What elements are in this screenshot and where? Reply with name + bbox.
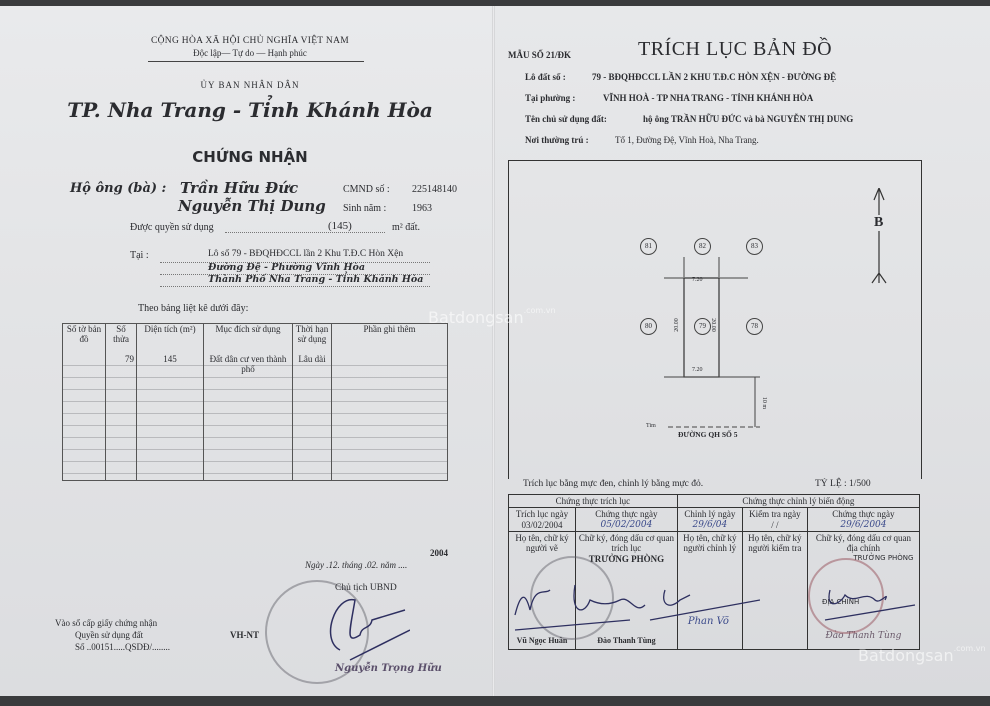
address-line-1: Lô số 79 - BĐQHĐCCL lần 2 Khu T.Đ.C Hòn … (208, 249, 403, 259)
birth-label: Sinh năm : (343, 203, 386, 214)
signer-name: Nguyễn Trọng Hữu (335, 663, 442, 674)
ink-note: Trích lục bằng mực đen, chỉnh lý bằng mự… (523, 479, 703, 489)
adjust-sign-label: Họ tên, chữ ký người chỉnh lý (680, 533, 740, 554)
bottom-width: 7.20 (692, 367, 703, 373)
republic-header: CỘNG HÒA XÃ HỘI CHỦ NGHĨA VIỆT NAM (140, 36, 360, 46)
registry-number: Số ..00151.....QSDĐ/........ (75, 642, 170, 652)
watermark-brand: Batdongsan (858, 646, 954, 665)
id-value: 225148140 (412, 184, 457, 195)
col-header-map-sheet: Số tờ bản đồ (63, 324, 106, 354)
lot-82: 82 (694, 238, 711, 255)
map-extract-title: TRÍCH LỤC BẢN ĐỒ (638, 38, 832, 61)
watermark: Batdongsan.com.vn (858, 646, 986, 665)
scale-label: TỶ LỆ : 1/500 (815, 479, 871, 489)
registry-code: VH-NT (230, 630, 259, 640)
watermark-brand: Batdongsan (428, 308, 524, 327)
owner-name-2: Nguyễn Thị Dung (178, 197, 326, 215)
date-year: 2004 (430, 548, 448, 558)
registry-line-2: Quyền sử dụng đất (75, 630, 143, 640)
road-name: ĐƯỜNG QH SỐ 5 (678, 430, 738, 439)
address-label: Tại : (130, 250, 149, 261)
cell-term: Lâu dài (293, 354, 332, 481)
signature-icon (300, 590, 410, 670)
adjust-date: 29/6/04 (680, 520, 740, 530)
cert-change-header: Chứng thực chỉnh lý biến động (677, 495, 919, 508)
dotted-line (225, 232, 385, 233)
table-row: 79 145 Đất dân cư ven thành phố Lâu dài (63, 354, 448, 481)
parcel-outline (660, 255, 800, 430)
table-intro: Theo bảng liệt kê dưới đây: (138, 303, 248, 314)
land-table: Số tờ bản đồ Số thửa Diện tích (m²) Mục … (62, 323, 448, 481)
owner-name-1: Trần Hữu Đức (180, 179, 298, 197)
right-length: 20.00 (710, 318, 716, 332)
address-line-3: Thành Phố Nha Trang - Tỉnh Khánh Hòa (208, 274, 423, 285)
road-width: 10 m (761, 397, 767, 409)
city-heading: TP. Nha Trang - Tỉnh Khánh Hòa (60, 98, 440, 122)
lot-80: 80 (640, 318, 657, 335)
residence-label: Nơi thường trú : (525, 135, 589, 145)
form-number: MẪU SỐ 21/ĐK (508, 50, 571, 60)
area-unit: m² đất. (392, 222, 420, 233)
owner-label-right: Tên chủ sử dụng đất: (525, 114, 607, 124)
committee-label: ỦY BAN NHÂN DÂN (140, 80, 360, 90)
check-date: / / (745, 520, 805, 530)
north-label: B (874, 215, 883, 231)
watermark-domain: .com.vn (524, 306, 556, 315)
check-date-label: Kiểm tra ngày (745, 509, 805, 519)
land-sign-label: Chữ ký, đóng dấu cơ quan địa chính (810, 533, 917, 554)
cell-notes (332, 354, 448, 481)
cert-date-label: Chứng thực ngày (578, 509, 675, 519)
extract-name: Đào Thanh Tùng (576, 636, 677, 645)
col-header-term: Thời hạn sử dụng (293, 324, 332, 354)
address-line-2: Đường Đệ - Phường Vĩnh Hòa (208, 262, 365, 273)
date-line: Ngày .12. tháng .02. năm .... (305, 560, 407, 570)
cert2-date: 29/6/2004 (810, 520, 917, 530)
birth-value: 1963 (412, 203, 432, 214)
col-header-notes: Phần ghi thêm (332, 324, 448, 354)
certificate-title: CHỨNG NHẬN (140, 148, 360, 166)
extract-sign-label: Chữ ký, đóng dấu cơ quan trích lục (578, 533, 675, 554)
watermark-domain: .com.vn (954, 644, 986, 653)
lot-81: 81 (640, 238, 657, 255)
motto: Độc lập— Tự do — Hạnh phúc (140, 48, 360, 58)
col-header-parcel: Số thửa (106, 324, 137, 354)
land-name: Đào Thanh Tùng (808, 631, 919, 641)
check-sign-label: Họ tên, chữ ký người kiểm tra (745, 533, 805, 554)
lot-83: 83 (746, 238, 763, 255)
cell-purpose: Đất dân cư ven thành phố (204, 354, 293, 481)
lot-value: 79 - BĐQHĐCCL LẦN 2 KHU T.Đ.C HÒN XỆN - … (592, 72, 836, 82)
owner-value-right: hộ ông TRẦN HỮU ĐỨC và bà NGUYỄN THỊ DUN… (643, 114, 853, 124)
signatures-icon (510, 575, 760, 635)
ward-value: VĨNH HOÀ - TP NHA TRANG - TỈNH KHÁNH HÒA (603, 93, 813, 103)
drawer-sign-label: Họ tên, chữ ký người vẽ (511, 533, 573, 554)
land-signature-icon (820, 580, 920, 630)
lot-label: Lô đất số : (525, 72, 566, 82)
divider (148, 61, 364, 62)
watermark: Batdongsan.com.vn (428, 308, 556, 327)
col-header-purpose: Mục đích sử dụng (204, 324, 293, 354)
id-label: CMND số : (343, 184, 390, 195)
owner-label: Hộ ông (bà) : (70, 181, 166, 196)
adjust-date-label: Chỉnh lý ngày (680, 509, 740, 519)
cert2-date-label: Chứng thực ngày (810, 509, 917, 519)
dotted-line (160, 286, 430, 287)
ward-label: Tại phường : (525, 93, 575, 103)
extract-date-label: Trích lục ngày (511, 509, 573, 519)
cert-date: 05/02/2004 (578, 520, 675, 530)
page-fold (492, 6, 495, 696)
left-length: 20.00 (674, 318, 680, 332)
cell-parcel: 79 (106, 354, 137, 481)
cell-map-sheet (63, 354, 106, 481)
cell-area: 145 (137, 354, 204, 481)
area-value: (145) (328, 220, 352, 232)
residence-value: Tổ 1, Đường Đệ, Vĩnh Hoà, Nha Trang. (615, 135, 759, 145)
cert-extract-header: Chứng thực trích lục (509, 495, 678, 508)
top-width: 7.20 (692, 277, 703, 283)
col-header-area: Diện tích (m²) (137, 324, 204, 354)
extract-date: 03/02/2004 (511, 520, 573, 530)
registry-line-1: Vào sổ cấp giấy chứng nhận (55, 618, 157, 628)
north-arrow-icon (868, 188, 890, 288)
use-right-label: Được quyền sử dụng (130, 222, 214, 233)
road-centerline-label: Tim (646, 423, 656, 429)
